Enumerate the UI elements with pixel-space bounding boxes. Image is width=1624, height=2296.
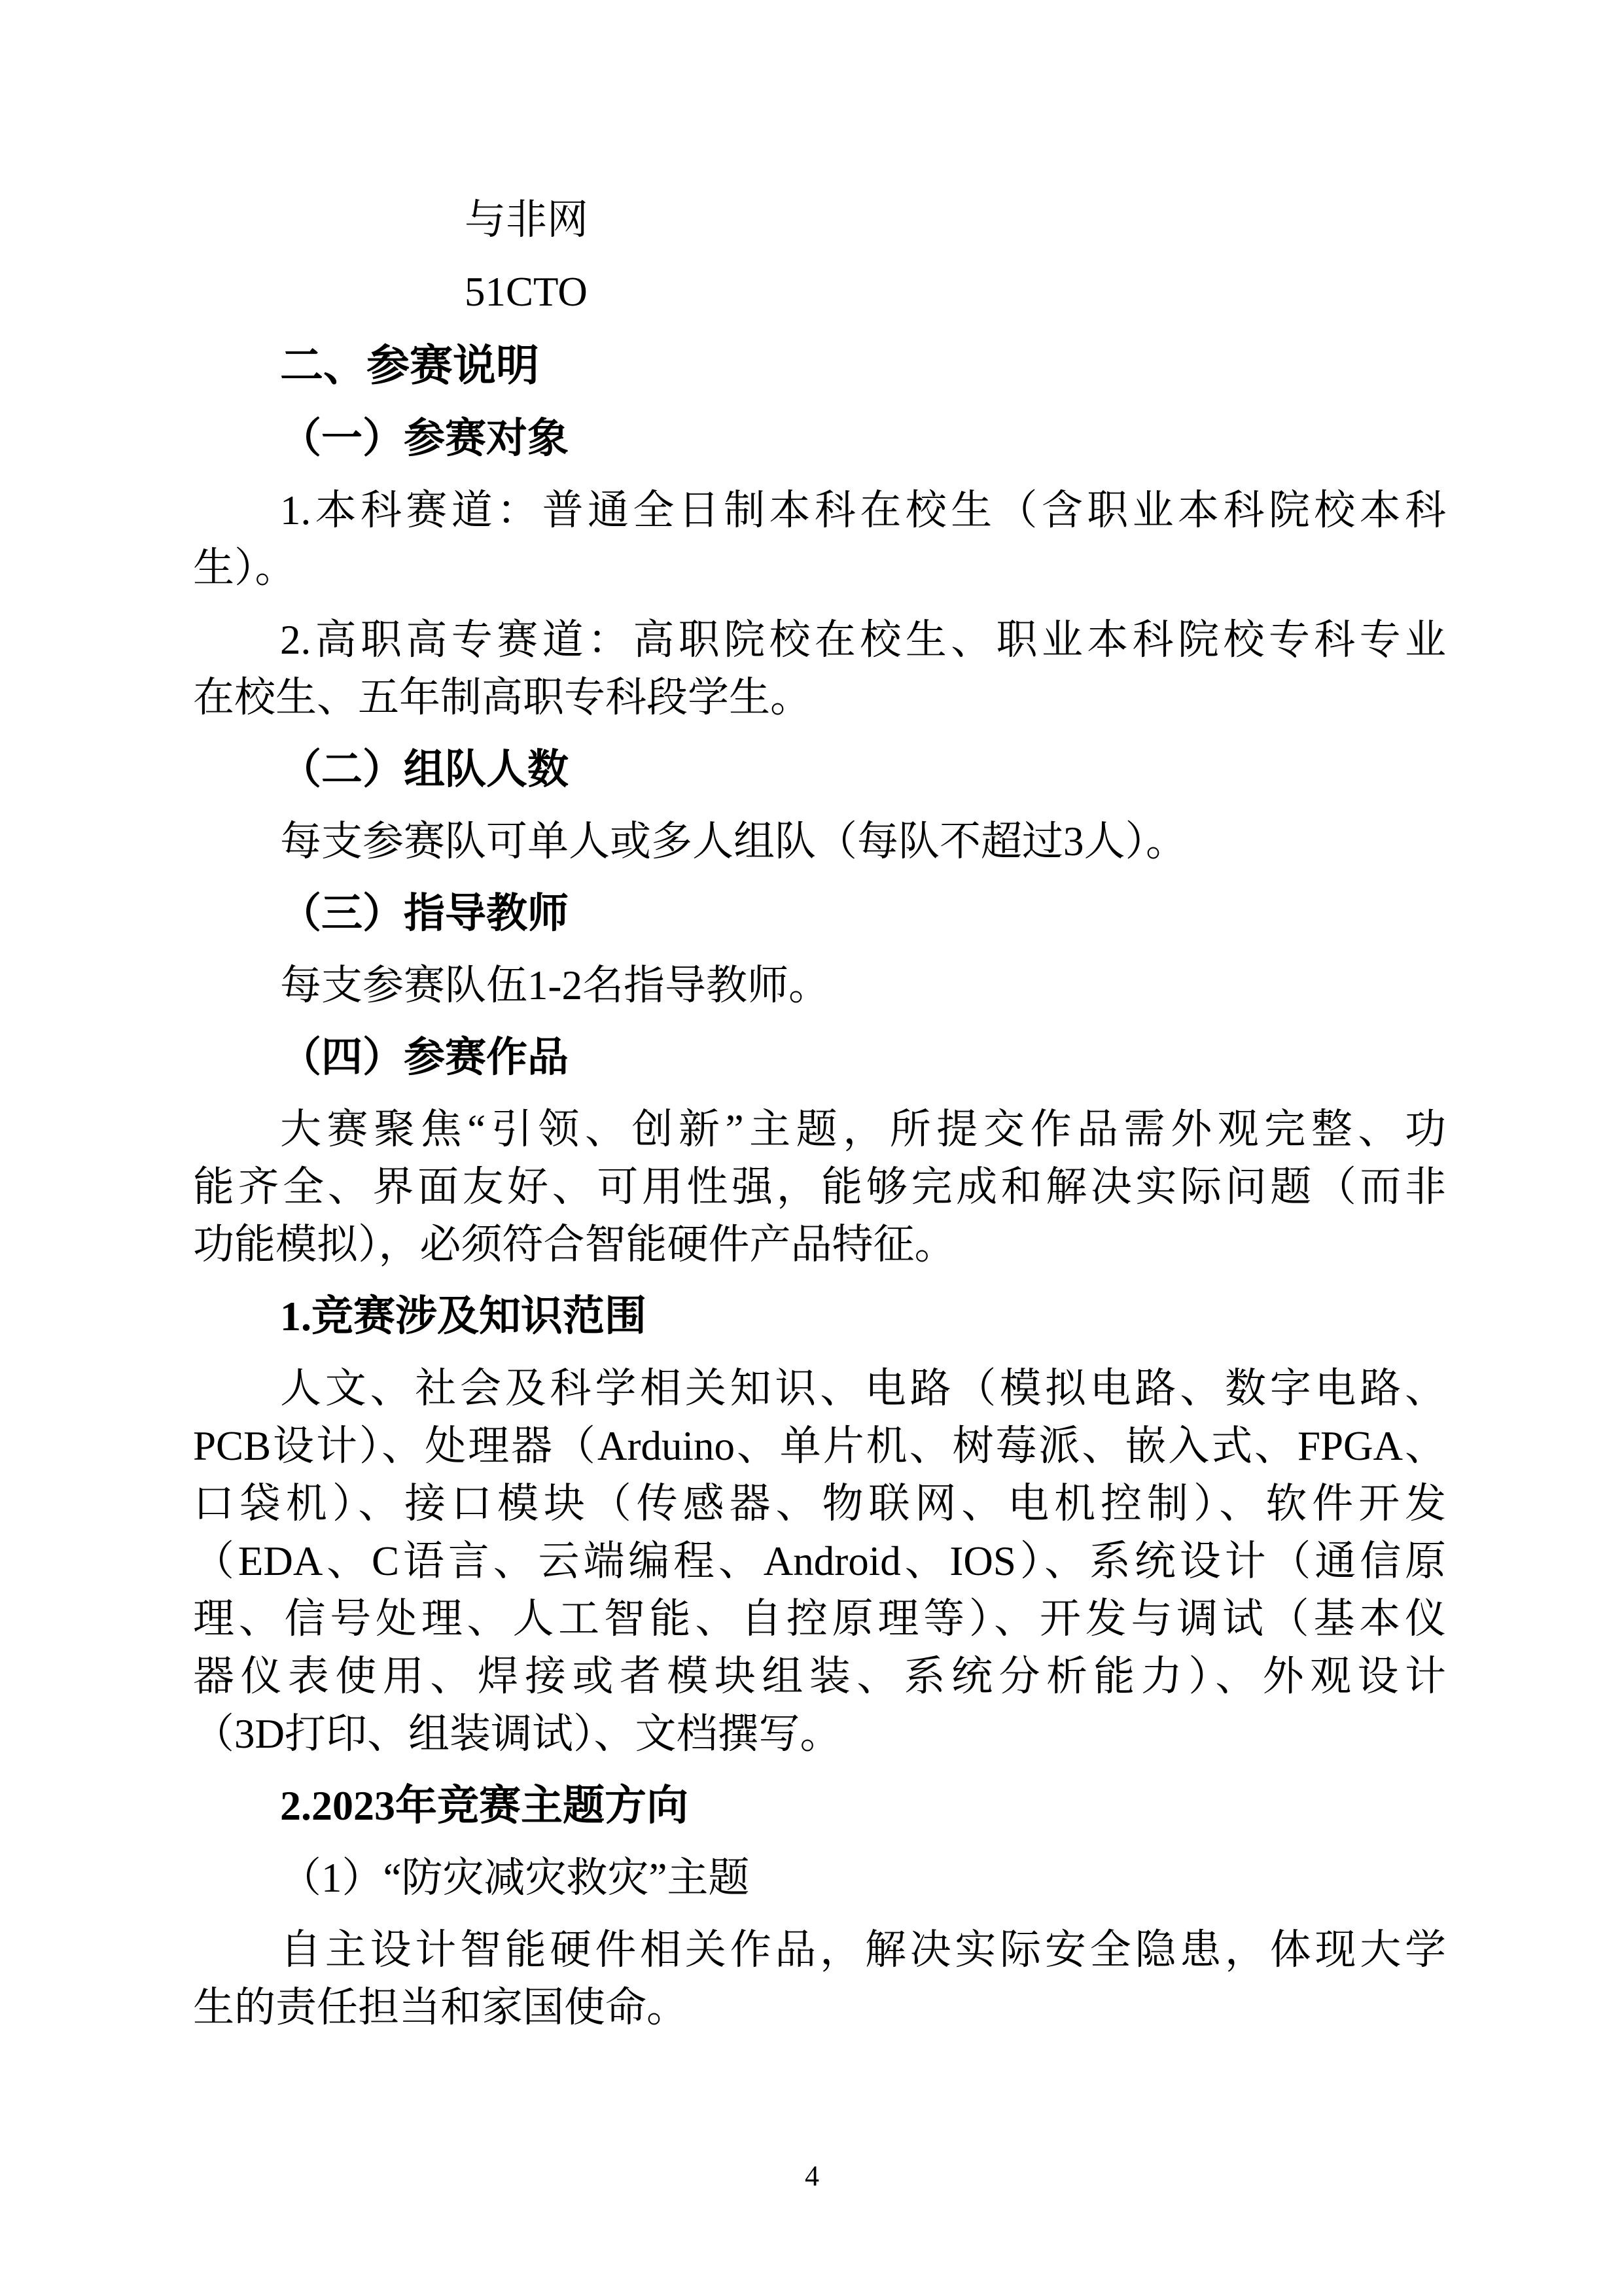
paragraph-line: 器仪表使用、焊接或者模块组装、系统分析能力）、外观设计 <box>193 1648 1446 1705</box>
paragraph-line: 生）。 <box>193 539 1446 597</box>
paragraph-line: （3D打印、组装调试）、文档撰写。 <box>193 1705 1446 1763</box>
paragraph-line: 2.高职高专赛道：高职院校在校生、职业本科院校专科专业 <box>193 611 1446 669</box>
paragraph-vocational-track: 2.高职高专赛道：高职院校在校生、职业本科院校专科专业 在校生、五年制高职专科段… <box>193 611 1446 726</box>
paragraph-undergraduate-track: 1.本科赛道：普通全日制本科在校生（含职业本科院校本科 生）。 <box>193 482 1446 597</box>
source-line-yufeiwang: 与非网 <box>193 191 1446 249</box>
paragraph-line: （EDA、C语言、云端编程、Android、IOS）、系统设计（通信原 <box>193 1532 1446 1590</box>
subheading-advisors: （三）指导教师 <box>193 885 1446 942</box>
paragraph-line: 口袋机）、接口模块（传感器、物联网、电机控制）、软件开发 <box>193 1475 1446 1532</box>
subheading-team-size: （二）组队人数 <box>193 741 1446 798</box>
paragraph-line: 人文、社会及科学相关知识、电路（模拟电路、数字电路、 <box>193 1360 1446 1417</box>
paragraph-line: 1.本科赛道：普通全日制本科在校生（含职业本科院校本科 <box>193 482 1446 539</box>
paragraph-line: 每支参赛队伍1-2名指导教师。 <box>193 957 1446 1014</box>
section-heading-participation-instructions: 二、参赛说明 <box>193 335 1446 395</box>
paragraph-line: 每支参赛队可单人或多人组队（每队不超过3人）。 <box>193 813 1446 870</box>
subheading-entries: （四）参赛作品 <box>193 1029 1446 1086</box>
paragraph-line: 自主设计智能硬件相关作品，解决实际安全隐患，体现大学 <box>193 1921 1446 1979</box>
sub-item-disaster-theme: （1）“防灾减灾救灾”主题 <box>193 1849 1446 1907</box>
paragraph-team-size: 每支参赛队可单人或多人组队（每队不超过3人）。 <box>193 813 1446 870</box>
paragraph-line: 理、信号处理、人工智能、自控原理等）、开发与调试（基本仪 <box>193 1590 1446 1648</box>
document-page: 与非网 51CTO 二、参赛说明 （一）参赛对象 1.本科赛道：普通全日制本科在… <box>0 0 1624 2296</box>
paragraph-line: PCB设计）、处理器（Arduino、单片机、树莓派、嵌入式、FPGA、 <box>193 1417 1446 1475</box>
paragraph-line: 大赛聚焦“引领、创新”主题，所提交作品需外观完整、功 <box>193 1101 1446 1158</box>
subheading-participants: （一）参赛对象 <box>193 410 1446 467</box>
paragraph-line: 生的责任担当和家国使命。 <box>193 1979 1446 2036</box>
subheading-knowledge-scope: 1.竞赛涉及知识范围 <box>193 1288 1446 1345</box>
subheading-2023-themes: 2.2023年竞赛主题方向 <box>193 1777 1446 1835</box>
paragraph-line: 在校生、五年制高职专科段学生。 <box>193 669 1446 726</box>
source-line-51cto: 51CTO <box>193 263 1446 321</box>
page-number: 4 <box>0 2159 1624 2193</box>
paragraph-disaster-theme-desc: 自主设计智能硬件相关作品，解决实际安全隐患，体现大学 生的责任担当和家国使命。 <box>193 1921 1446 2036</box>
paragraph-advisors: 每支参赛队伍1-2名指导教师。 <box>193 957 1446 1014</box>
paragraph-entry-requirements: 大赛聚焦“引领、创新”主题，所提交作品需外观完整、功 能齐全、界面友好、可用性强… <box>193 1101 1446 1273</box>
paragraph-line: 能齐全、界面友好、可用性强，能够完成和解决实际问题（而非 <box>193 1158 1446 1216</box>
paragraph-knowledge-scope: 人文、社会及科学相关知识、电路（模拟电路、数字电路、 PCB设计）、处理器（Ar… <box>193 1360 1446 1763</box>
document-body: 与非网 51CTO 二、参赛说明 （一）参赛对象 1.本科赛道：普通全日制本科在… <box>193 191 1446 2036</box>
paragraph-line: 功能模拟），必须符合智能硬件产品特征。 <box>193 1216 1446 1273</box>
